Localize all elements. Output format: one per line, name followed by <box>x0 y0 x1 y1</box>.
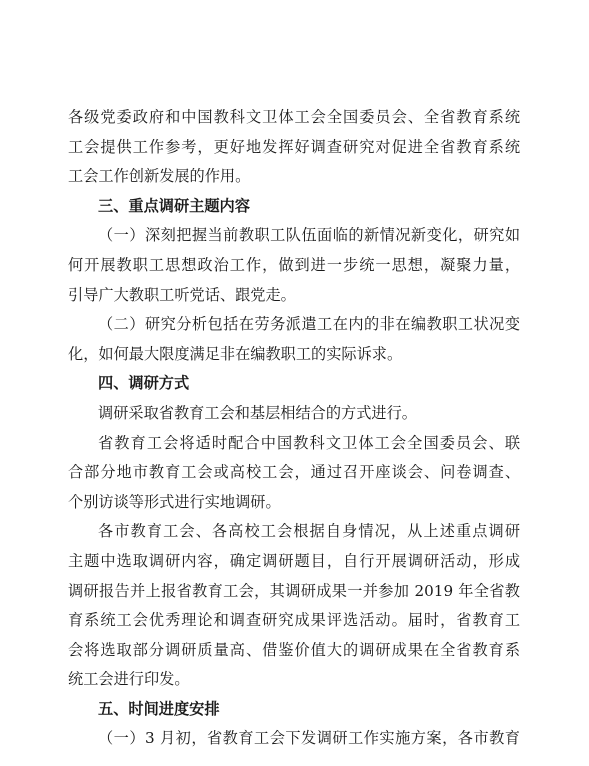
paragraph-line: 各级党委政府和中国教科文卫体工会全国委员会、全省教育系统 <box>68 103 520 133</box>
section-heading-4: 四、调研方式 <box>68 369 520 399</box>
paragraph-line: 主题中选取调研内容，确定调研题目，自行开展调研活动，形成 <box>68 547 520 577</box>
paragraph-line: 会将选取部分调研质量高、借鉴价值大的调研成果在全省教育系 <box>68 636 520 666</box>
paragraph-line: 化，如何最大限度满足非在编教职工的实际诉求。 <box>68 340 520 370</box>
document-page: 各级党委政府和中国教科文卫体工会全国委员会、全省教育系统 工会提供工作参考，更好… <box>0 0 589 766</box>
paragraph-line: 何开展教职工思想政治工作，做到进一步统一思想，凝聚力量， <box>68 251 520 281</box>
paragraph-line: 引导广大教职工听党话、跟党走。 <box>68 281 520 311</box>
paragraph-line: 调研采取省教育工会和基层相结合的方式进行。 <box>68 399 520 429</box>
paragraph-line: （一）深刻把握当前教职工队伍面临的新情况新变化，研究如 <box>68 221 520 251</box>
paragraph-line: 育系统工会优秀理论和调查研究成果评选活动。届时，省教育工 <box>68 606 520 636</box>
paragraph-line: 统工会进行印发。 <box>68 665 520 695</box>
document-body: 各级党委政府和中国教科文卫体工会全国委员会、全省教育系统 工会提供工作参考，更好… <box>68 103 520 754</box>
paragraph-line: 合部分地市教育工会或高校工会，通过召开座谈会、问卷调查、 <box>68 458 520 488</box>
paragraph-line: 省教育工会将适时配合中国教科文卫体工会全国委员会、联 <box>68 429 520 459</box>
paragraph-line: 调研报告并上报省教育工会，其调研成果一并参加 2019 年全省教 <box>68 577 520 607</box>
paragraph-line: 各市教育工会、各高校工会根据自身情况，从上述重点调研 <box>68 517 520 547</box>
paragraph-line: 工会提供工作参考，更好地发挥好调查研究对促进全省教育系统 <box>68 133 520 163</box>
paragraph-line: （二）研究分析包括在劳务派遣工在内的非在编教职工状况变 <box>68 310 520 340</box>
section-heading-3: 三、重点调研主题内容 <box>68 192 520 222</box>
paragraph-line: 工会工作创新发展的作用。 <box>68 162 520 192</box>
paragraph-line: （一）3 月初，省教育工会下发调研工作实施方案，各市教育 <box>68 724 520 754</box>
paragraph-line: 个别访谈等形式进行实地调研。 <box>68 488 520 518</box>
section-heading-5: 五、时间进度安排 <box>68 695 520 725</box>
